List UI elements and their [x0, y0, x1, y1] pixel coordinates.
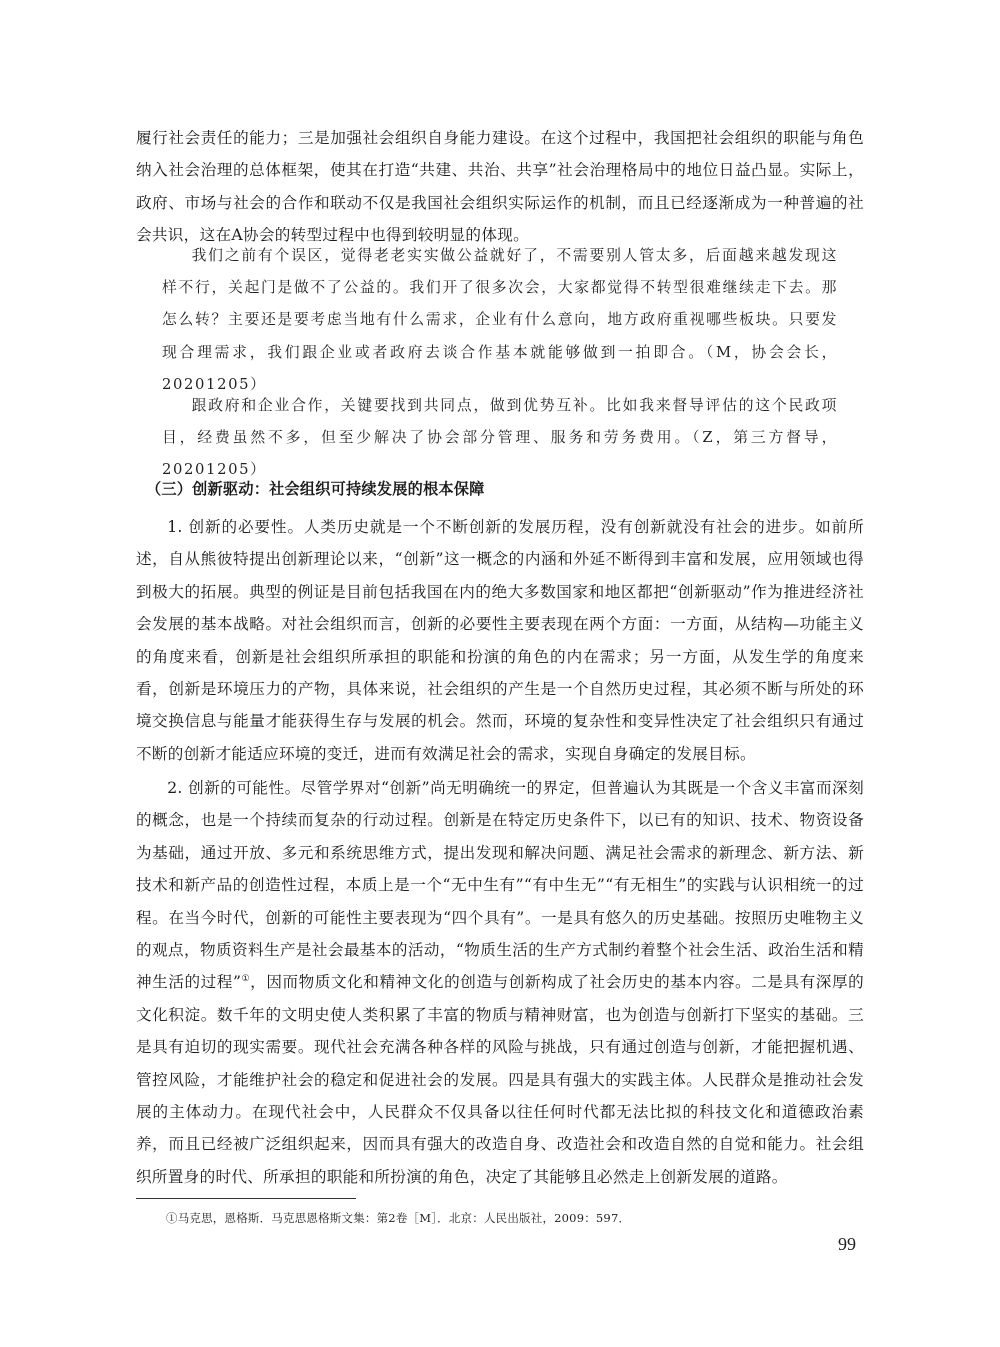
- journal-page: 履行社会责任的能力；三是加强社会组织自身能力建设。在这个过程中，我国把社会组织的…: [0, 0, 1000, 1347]
- paragraph-text: 1. 创新的必要性。人类历史就是一个不断创新的发展历程，没有创新就没有社会的进步…: [136, 511, 864, 770]
- paragraph-continued: 履行社会责任的能力；三是加强社会组织自身能力建设。在这个过程中，我国把社会组织的…: [136, 122, 864, 252]
- paragraph-possibility: 2. 创新的可能性。尽管学界对“创新”尚无明确统一的界定，但普遍认为其既是一个含…: [136, 772, 864, 1193]
- section-heading: （三）创新驱动：社会组织可持续发展的根本保障: [146, 477, 485, 501]
- footnote: ①马克思，恩格斯．马克思恩格斯文集：第2卷［M］．北京：人民出版社，2009：5…: [166, 1209, 866, 1227]
- paragraph-text-part-1: 2. 创新的可能性。尽管学界对“创新”尚无明确统一的界定，但普遍认为其既是一个含…: [136, 779, 864, 991]
- paragraph-text: 履行社会责任的能力；三是加强社会组织自身能力建设。在这个过程中，我国把社会组织的…: [136, 122, 864, 252]
- footnote-divider: [136, 1198, 356, 1199]
- paragraph-text: 2. 创新的可能性。尽管学界对“创新”尚无明确统一的界定，但普遍认为其既是一个含…: [136, 772, 864, 1193]
- paragraph-necessity: 1. 创新的必要性。人类历史就是一个不断创新的发展历程，没有创新就没有社会的进步…: [136, 511, 864, 770]
- footnote-marker[interactable]: ①: [241, 974, 250, 984]
- interview-quote-2: 跟政府和企业合作，关键要找到共同点，做到优势互补。比如我来督导评估的这个民政项目…: [162, 390, 838, 487]
- interview-quote-1: 我们之前有个误区，觉得老老实实做公益就好了，不需要别人管太多，后面越来越发现这样…: [162, 240, 838, 401]
- paragraph-text-part-2: ，因而物质文化和精神文化的创造与创新构成了社会历史的基本内容。二是具有深厚的文化…: [136, 973, 864, 1185]
- quote-text: 跟政府和企业合作，关键要找到共同点，做到优势互补。比如我来督导评估的这个民政项目…: [162, 390, 838, 487]
- quote-text: 我们之前有个误区，觉得老老实实做公益就好了，不需要别人管太多，后面越来越发现这样…: [162, 240, 838, 401]
- page-number: 99: [838, 1232, 856, 1256]
